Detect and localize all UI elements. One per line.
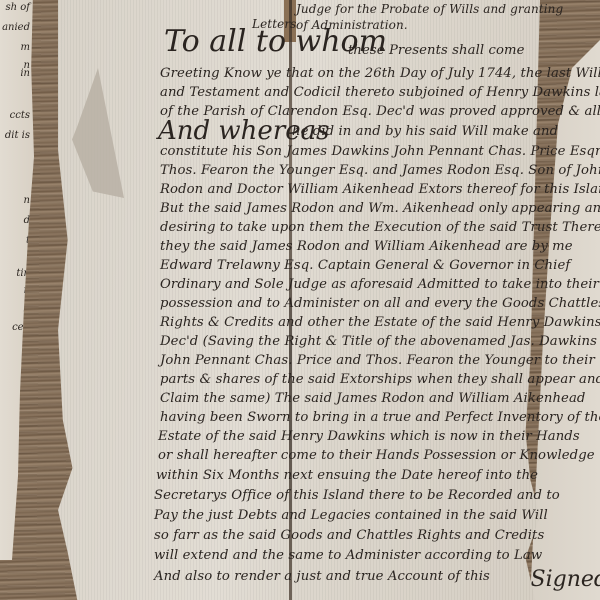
document-line: having been Sworn to bring in a true and… bbox=[160, 410, 600, 425]
document-line: But the said James Rodon and Wm. Aikenhe… bbox=[160, 201, 600, 216]
fragment-line: ccts bbox=[10, 110, 30, 121]
document-line: possession and to Administer on all and … bbox=[160, 296, 600, 311]
document-line: Rodon and Doctor William Aikenhead Extor… bbox=[160, 182, 600, 197]
fragment-line: in bbox=[20, 68, 30, 79]
document-line: Dec'd (Saving the Right & Title of the a… bbox=[160, 334, 597, 349]
fragment-line: n bbox=[24, 195, 30, 206]
fragment-line: tin bbox=[16, 268, 30, 279]
left-page-fragment: sh of anied m n in ccts dit is n d t tin… bbox=[0, 0, 36, 560]
document-line: Claim the same) The said James Rodon and… bbox=[160, 391, 585, 406]
document-line: And also to render a just and true Accou… bbox=[154, 569, 490, 584]
opening-tail: these Presents shall come bbox=[348, 43, 525, 58]
document-line: they the said James Rodon and William Ai… bbox=[160, 239, 573, 254]
fragment-line: t bbox=[26, 235, 30, 246]
document-line: Estate of the said Henry Dawkins which i… bbox=[158, 429, 580, 444]
document-line: Ordinary and Sole Judge as aforesaid Adm… bbox=[160, 277, 599, 292]
whereas-tail: he did in and by his said Will make and bbox=[292, 124, 558, 139]
document-line: Pay the just Debts and Legacies containe… bbox=[154, 508, 548, 523]
document-line: Thos. Fearon the Younger Esq. and James … bbox=[160, 163, 600, 178]
document-line: John Pennant Chas. Price and Thos. Fearo… bbox=[160, 353, 595, 368]
document-line: parts & shares of the said Extorships wh… bbox=[160, 372, 600, 387]
document-line: will extend and the same to Administer a… bbox=[154, 548, 542, 563]
document-line: within Six Months next ensuing the Date … bbox=[156, 468, 538, 483]
document-line: or shall hereafter come to their Hands P… bbox=[158, 448, 595, 463]
fragment-line: dit is bbox=[5, 130, 30, 141]
fragment-line: d bbox=[24, 215, 30, 226]
fragment-line: d bbox=[24, 305, 30, 316]
fragment-line: anied bbox=[2, 22, 30, 33]
document-line: so farr as the said Goods and Chattles R… bbox=[154, 528, 544, 543]
document-line: Edward Trelawny Esq. Captain General & G… bbox=[160, 258, 570, 273]
document-line: desiring to take upon them the Execution… bbox=[160, 220, 600, 235]
document-line: and Testament and Codicil thereto subjoi… bbox=[160, 85, 600, 100]
document-line: Greeting Know ye that on the 26th Day of… bbox=[160, 66, 600, 81]
document-line: Rights & Credits and other the Estate of… bbox=[160, 315, 600, 330]
fragment-line: n bbox=[24, 285, 30, 296]
fragment-line: ced bbox=[12, 322, 30, 333]
document-line: constitute his Son James Dawkins John Pe… bbox=[160, 144, 600, 159]
document-line: Secretarys Office of this Island there t… bbox=[154, 488, 560, 503]
signed-text: Signed bbox=[531, 567, 600, 592]
header-line-1: Judge for the Probate of Wills and grant… bbox=[296, 2, 563, 16]
fragment-line: sh of bbox=[6, 2, 30, 13]
fragment-line: m bbox=[21, 42, 30, 53]
